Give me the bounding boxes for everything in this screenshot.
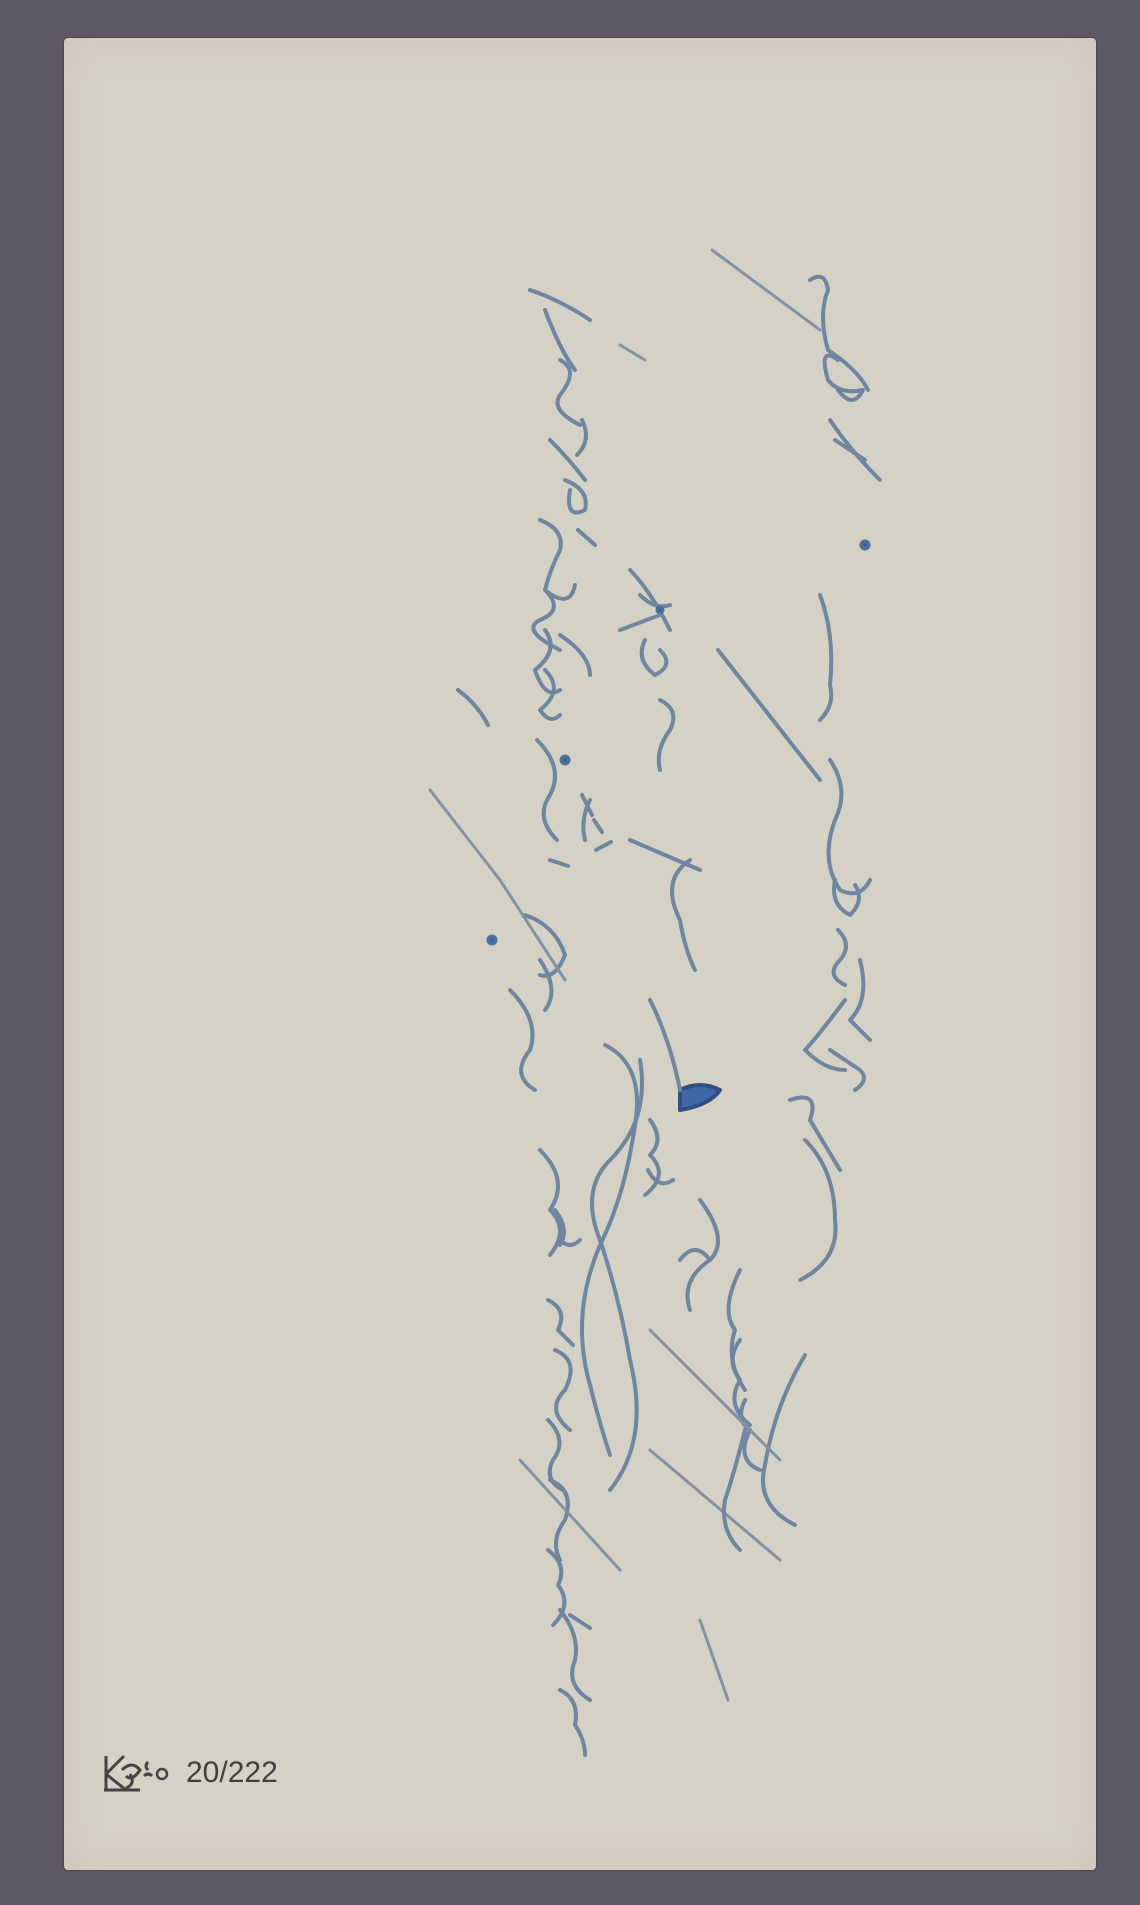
handwriting-line-4 [520,1045,642,1755]
handwriting-line-1 [712,250,880,1280]
card: [line 1 – handwritten Georgian text] [li… [64,38,1096,1870]
handwriting-line-2 [630,570,805,1700]
kg-monogram-logo-icon [100,1752,178,1794]
printer-mark: 20/222 [100,1752,278,1794]
print-number: 20/222 [186,1756,278,1790]
handwriting-line-3 [430,290,660,1090]
handwriting-strokes [64,38,1096,1870]
